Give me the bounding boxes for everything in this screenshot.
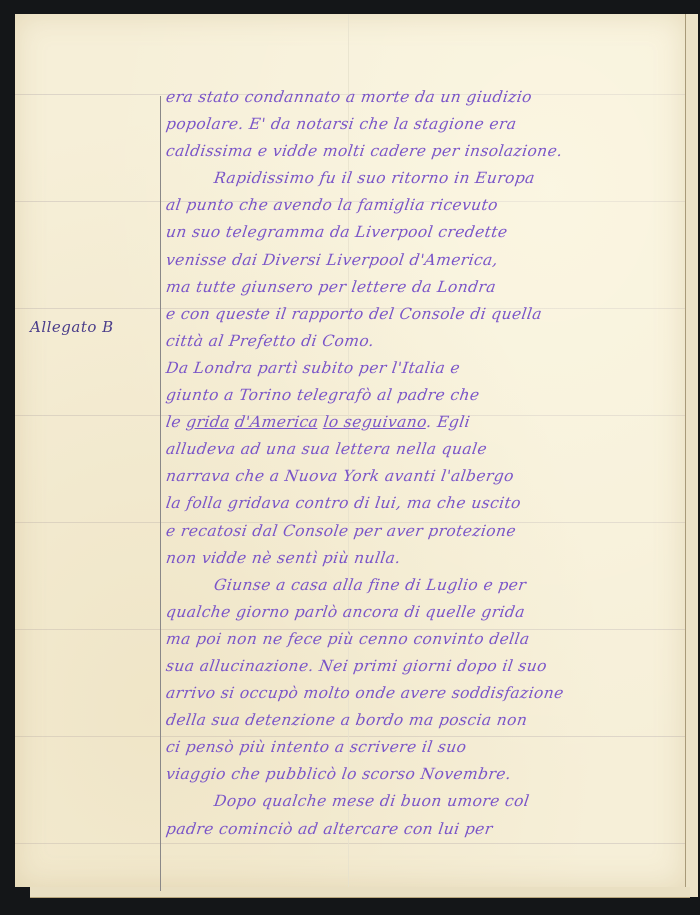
left-margin-rule xyxy=(160,96,161,891)
manuscript-line: giunto a Torino telegrafò al padre che xyxy=(164,382,688,409)
manuscript-line: e recatosi dal Console per aver protezio… xyxy=(164,518,688,545)
manuscript-line: un suo telegramma da Liverpool credette xyxy=(164,219,688,246)
manuscript-line: Giunse a casa alla fine di Luglio e per xyxy=(164,572,688,599)
margin-annotation: Allegato B xyxy=(30,318,114,336)
underlined-phrase: lo seguivano xyxy=(322,413,428,431)
manuscript-line: alludeva ad una sua lettera nella quale xyxy=(164,436,688,463)
manuscript-line: la folla gridava contro di lui, ma che u… xyxy=(164,490,688,517)
underlined-phrase: grida xyxy=(185,413,231,431)
manuscript-line: narrava che a Nuova York avanti l'alberg… xyxy=(164,463,688,490)
underlined-phrase: d'America xyxy=(234,413,320,431)
manuscript-line: non vidde nè sentì più nulla. xyxy=(164,545,688,572)
manuscript-line: padre cominciò ad altercare con lui per xyxy=(164,816,688,843)
manuscript-line: città al Prefetto di Como. xyxy=(164,328,688,355)
manuscript-line: della sua detenzione a bordo ma poscia n… xyxy=(164,707,688,734)
manuscript-line: venisse dai Diversi Liverpool d'America, xyxy=(164,247,688,274)
manuscript-line: al punto che avendo la famiglia ricevuto xyxy=(164,192,688,219)
manuscript-line: Dopo qualche mese di buon umore col xyxy=(164,788,688,815)
manuscript-line: ci pensò più intento a scrivere il suo xyxy=(164,734,688,761)
manuscript-line: viaggio che pubblicò lo scorso Novembre. xyxy=(164,761,688,788)
manuscript-line: Da Londra partì subito per l'Italia e xyxy=(164,355,688,382)
manuscript-line: le grida d'America lo seguivano. Egli xyxy=(164,409,688,436)
manuscript-line: Rapidissimo fu il suo ritorno in Europa xyxy=(164,165,688,192)
handwritten-text-body: era stato condannato a morte da un giudi… xyxy=(166,84,686,843)
manuscript-line: sua allucinazione. Nei primi giorni dopo… xyxy=(164,653,688,680)
page-bottom-edge xyxy=(30,887,690,898)
manuscript-line: era stato condannato a morte da un giudi… xyxy=(164,84,688,111)
manuscript-line: qualche giorno parlò ancora di quelle gr… xyxy=(164,599,688,626)
manuscript-line: arrivo si occupò molto onde avere soddis… xyxy=(164,680,688,707)
manuscript-line: e con queste il rapporto del Console di … xyxy=(164,301,688,328)
manuscript-line: popolare. E' da notarsi che la stagione … xyxy=(164,111,688,138)
manuscript-line: ma poi non ne fece più cenno convinto de… xyxy=(164,626,688,653)
manuscript-line: ma tutte giunsero per lettere da Londra xyxy=(164,274,688,301)
manuscript-line: caldissima e vidde molti cadere per inso… xyxy=(164,138,688,165)
